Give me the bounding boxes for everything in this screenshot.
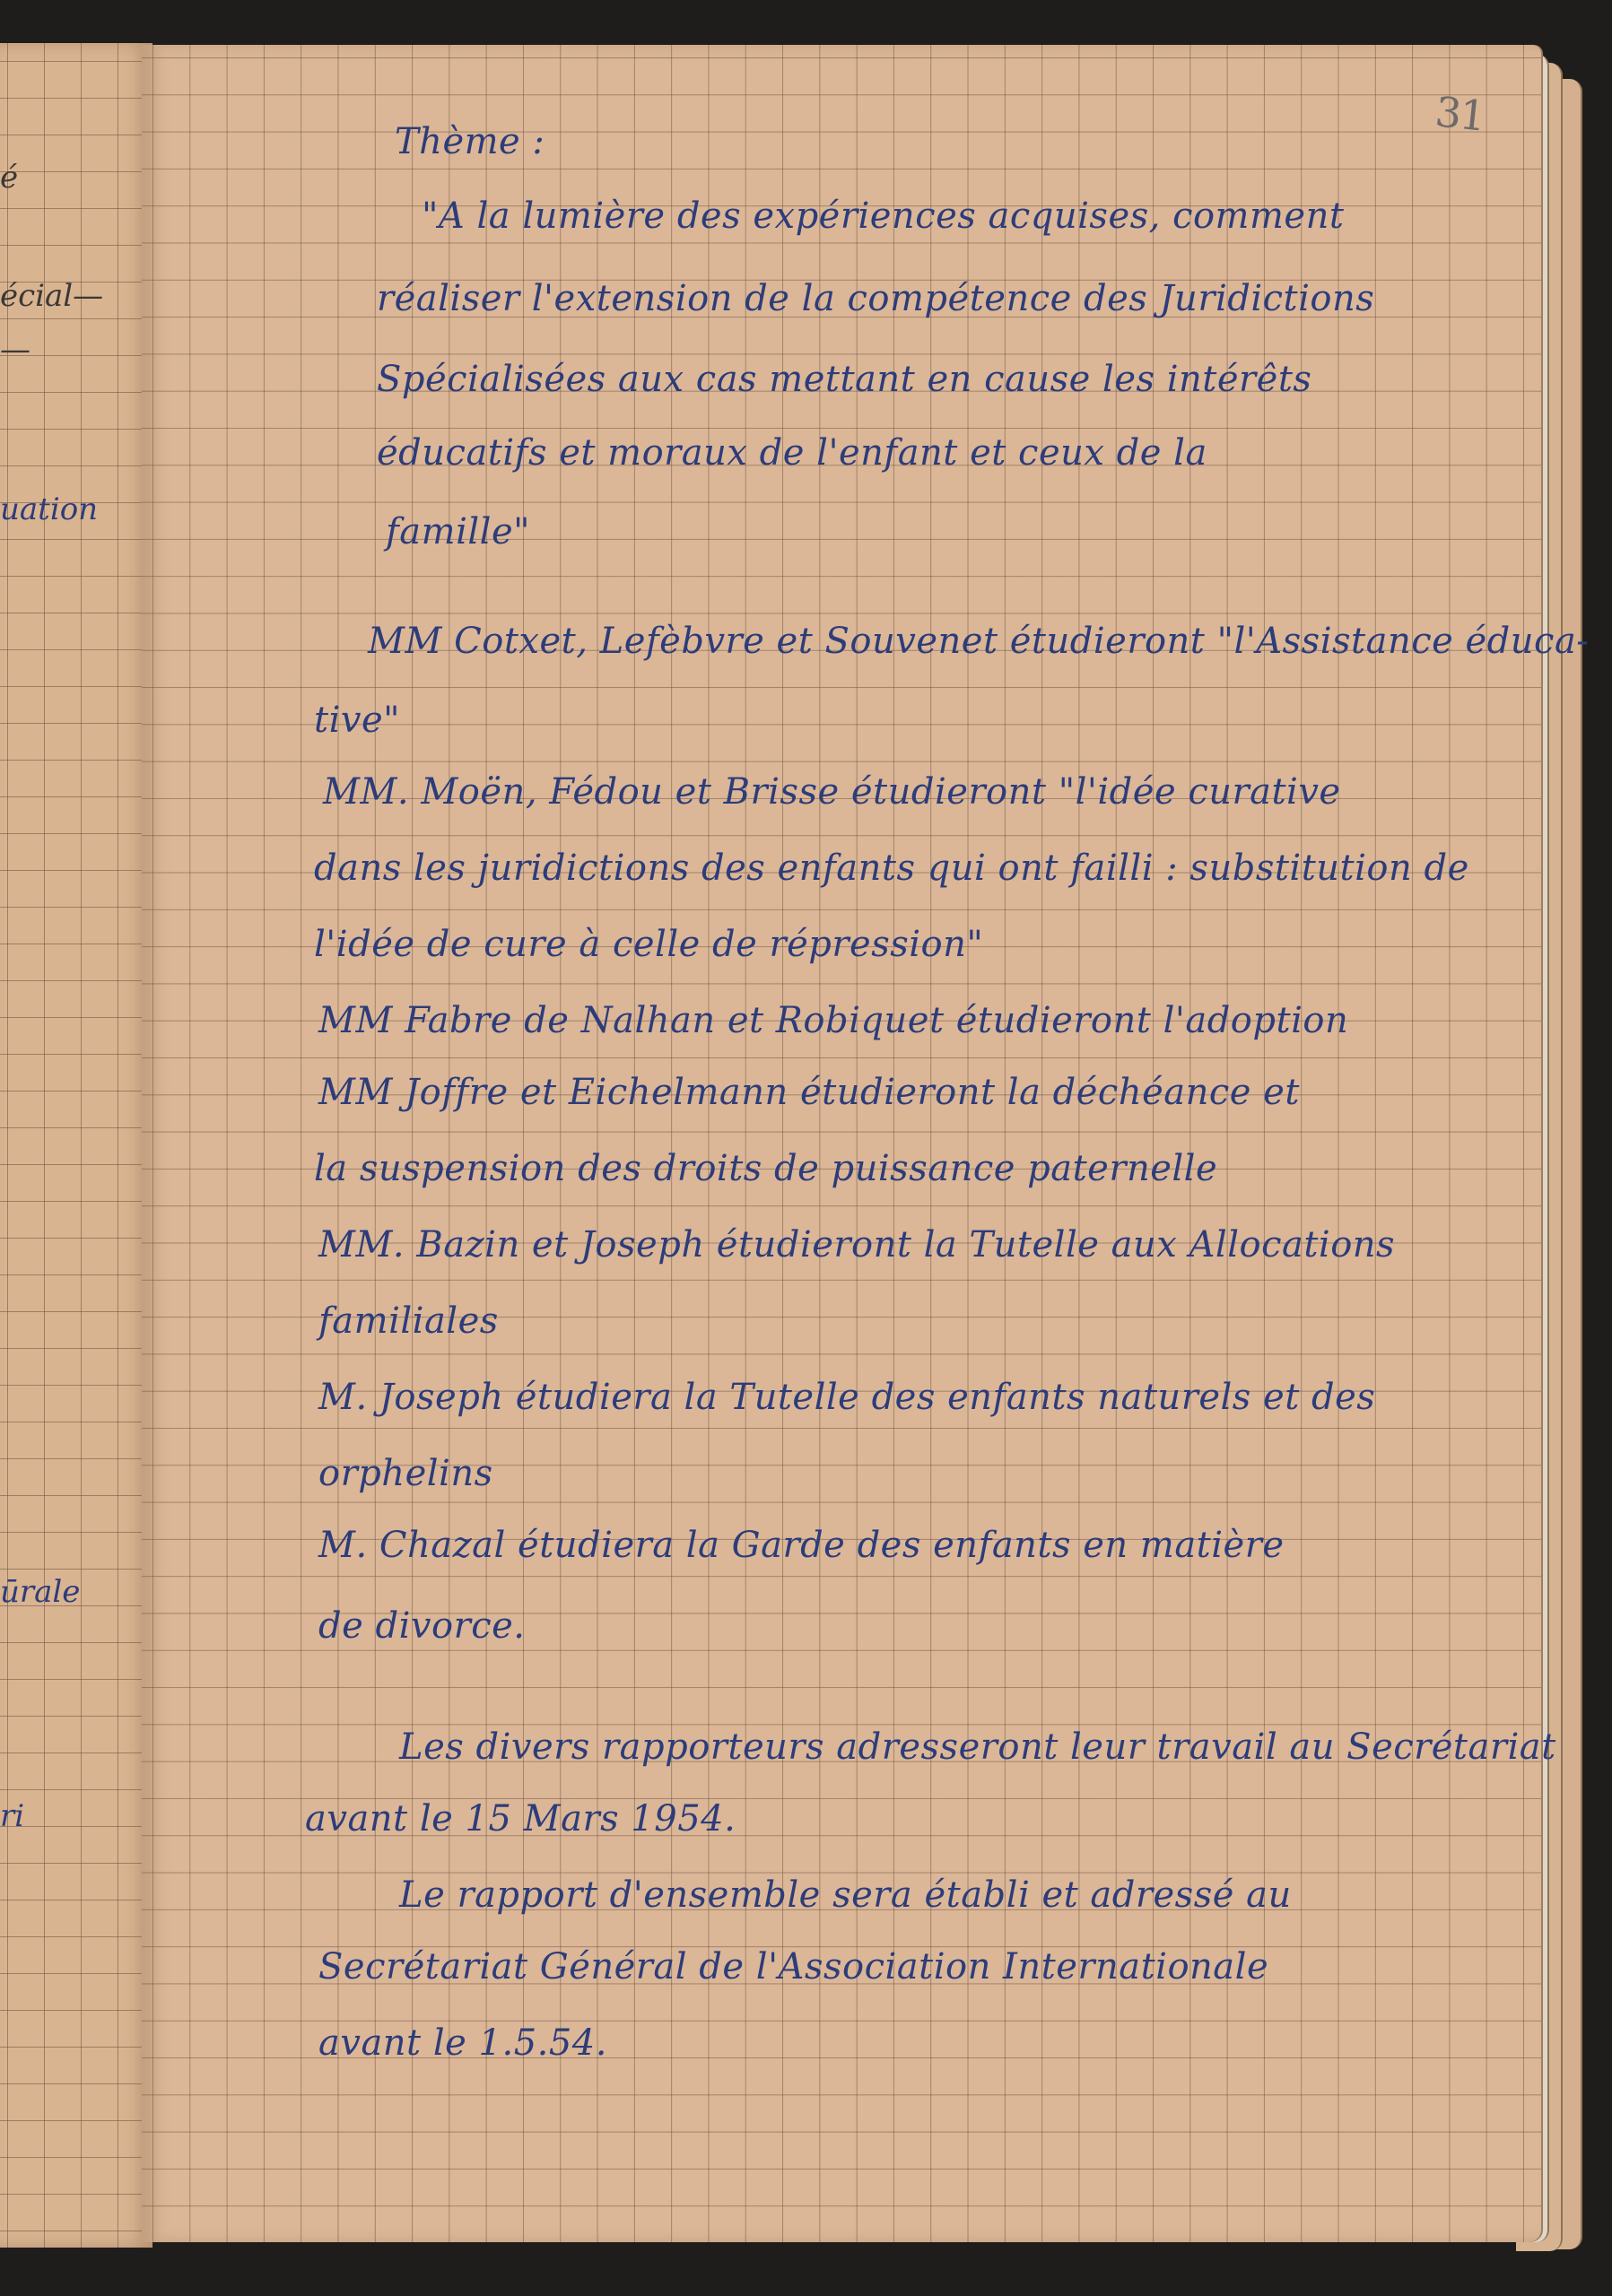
text-line: MM. Bazin et Joseph étudieront la Tutell… — [318, 1224, 1395, 1265]
text-line: familiales — [318, 1300, 499, 1342]
text-line: tive" — [314, 700, 400, 741]
text-line: Secrétariat Général de l'Association Int… — [318, 1946, 1268, 1987]
text-line: dans les juridictions des enfants qui on… — [314, 848, 1469, 889]
text-line: de divorce. — [318, 1605, 525, 1647]
text-line: Le rapport d'ensemble sera établi et adr… — [399, 1874, 1292, 1916]
text-line: M. Joseph étudiera la Tutelle des enfant… — [318, 1377, 1375, 1418]
left-page-fragment: écial— — [0, 278, 103, 314]
left-page-fragment: ūrale — [0, 1574, 80, 1610]
left-page — [0, 43, 152, 2248]
left-page-fragment: uation — [0, 491, 98, 527]
text-line: l'idée de cure à celle de répression" — [314, 924, 983, 965]
text-line: MM Cotxet, Lefèbvre et Souvenet étudiero… — [368, 621, 1589, 662]
page-number: 31 — [1433, 87, 1486, 140]
text-line: avant le 15 Mars 1954. — [305, 1798, 736, 1839]
text-line: M. Chazal étudiera la Garde des enfants … — [318, 1525, 1285, 1566]
left-page-fragment: ri — [0, 1798, 24, 1834]
text-line: réaliser l'extension de la compétence de… — [377, 278, 1374, 319]
text-line: la suspension des droits de puissance pa… — [314, 1148, 1217, 1189]
text-line: MM. Moën, Fédou et Brisse étudieront "l'… — [323, 771, 1341, 813]
text-line: MM Fabre de Nalhan et Robiquet étudieron… — [318, 1000, 1348, 1041]
left-page-fragment: é — [0, 160, 18, 196]
text-line: orphelins — [318, 1453, 493, 1494]
text-line: famille" — [386, 511, 530, 552]
text-line: Les divers rapporteurs adresseront leur … — [399, 1726, 1556, 1768]
text-line: Spécialisées aux cas mettant en cause le… — [377, 359, 1311, 400]
text-line: avant le 1.5.54. — [318, 2022, 607, 2064]
text-line: éducatifs et moraux de l'enfant et ceux … — [377, 432, 1207, 474]
text-line: Thème : — [395, 121, 545, 162]
text-line: "A la lumière des expériences acquises, … — [422, 196, 1344, 237]
text-line: MM Joffre et Eichelmann étudieront la dé… — [318, 1072, 1300, 1113]
left-page-fragment: — — [0, 332, 30, 368]
